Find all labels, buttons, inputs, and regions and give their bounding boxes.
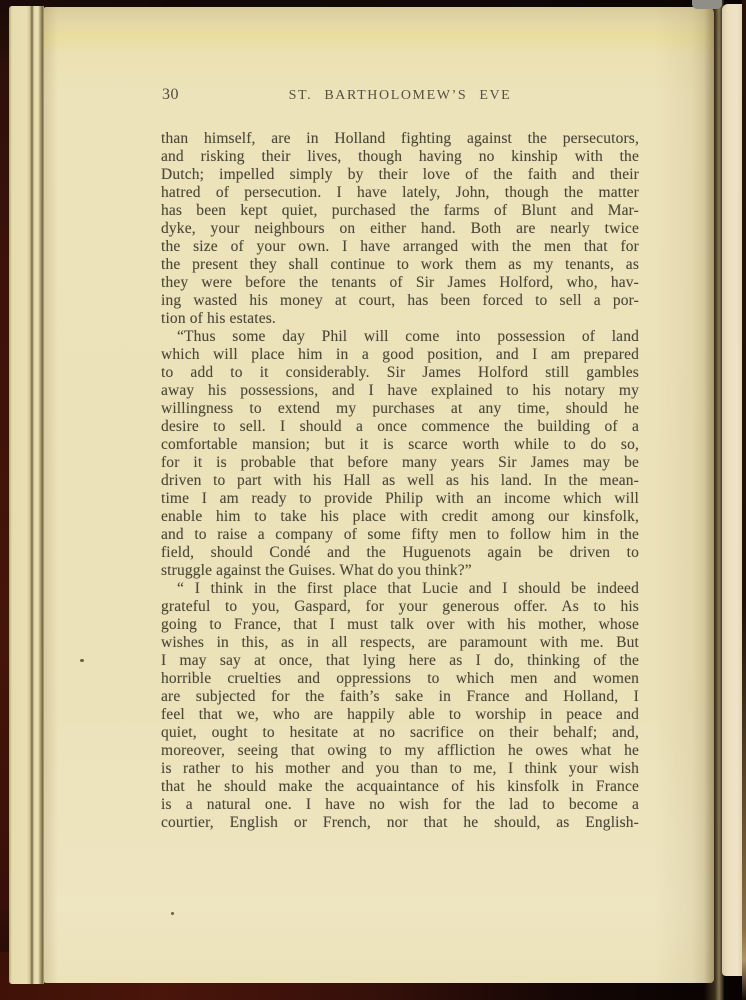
- text-line: ing wasted his money at court, has been …: [161, 292, 639, 310]
- text-line: going to France, that I must talk over w…: [161, 616, 639, 634]
- paragraph: than himself, are in Holland fighting ag…: [161, 130, 639, 328]
- text-line: than himself, are in Holland fighting ag…: [161, 130, 639, 148]
- facing-page-sliver: [722, 4, 742, 976]
- text-line: driven to part with his Hall as well as …: [161, 472, 639, 490]
- right-edge-line: [742, 0, 746, 1000]
- text-line: and to raise a company of some fifty men…: [161, 526, 639, 544]
- text-line: dyke, your neighbours on either hand. Bo…: [161, 220, 639, 238]
- text-line: struggle against the Guises. What do you…: [161, 562, 639, 580]
- text-line: courtier, English or French, nor that he…: [161, 814, 639, 832]
- book-page: 30 ST. BARTHOLOMEW’S EVE than himself, a…: [44, 7, 714, 983]
- text-line: time I am ready to provide Philip with a…: [161, 490, 639, 508]
- text-line: hatred of persecution. I have lately, Jo…: [161, 184, 639, 202]
- paper-speck: [80, 659, 84, 662]
- text-line: grateful to you, Gaspard, for your gener…: [161, 598, 639, 616]
- text-block: than himself, are in Holland fighting ag…: [161, 130, 639, 832]
- text-line: tion of his estates.: [161, 310, 639, 328]
- text-line: is a natural one. I have no wish for the…: [161, 796, 639, 814]
- text-line: Dutch; impelled simply by their love of …: [161, 166, 639, 184]
- text-line: the present they shall continue to work …: [161, 256, 639, 274]
- page-edge-stack: [9, 6, 44, 984]
- text-line: moreover, seeing that owing to my afflic…: [161, 742, 639, 760]
- text-line: they were before the tenants of Sir Jame…: [161, 274, 639, 292]
- text-line: for it is probable that before many year…: [161, 454, 639, 472]
- text-line: wishes in this, as in all respects, are …: [161, 634, 639, 652]
- text-line: field, should Condé and the Huguenots ag…: [161, 544, 639, 562]
- text-line: “ I think in the first place that Lucie …: [161, 580, 639, 598]
- top-right-sliver: [692, 0, 722, 9]
- text-line: the size of your own. I have arranged wi…: [161, 238, 639, 256]
- paragraph: “Thus some day Phil will come into posse…: [161, 328, 639, 580]
- text-line: willingness to extend my purchases at an…: [161, 400, 639, 418]
- text-line: are subjected for the faith’s sake in Fr…: [161, 688, 639, 706]
- text-line: enable him to take his place with credit…: [161, 508, 639, 526]
- text-line: desire to sell. I should a once commence…: [161, 418, 639, 436]
- text-line: has been kept quiet, purchased the farms…: [161, 202, 639, 220]
- text-line: to add to it considerably. Sir James Hol…: [161, 364, 639, 382]
- text-line: which will place him in a good position,…: [161, 346, 639, 364]
- paper-speck: [171, 912, 174, 915]
- paragraph: “ I think in the first place that Lucie …: [161, 580, 639, 832]
- text-line: that he should make the acquaintance of …: [161, 778, 639, 796]
- text-line: comfortable mansion; but it is scarce wo…: [161, 436, 639, 454]
- book-page-photo: 30 ST. BARTHOLOMEW’S EVE than himself, a…: [0, 0, 746, 1000]
- text-line: horrible cruelties and oppressions to wh…: [161, 670, 639, 688]
- running-header: ST. BARTHOLOMEW’S EVE: [161, 86, 639, 104]
- text-line: feel that we, who are happily able to wo…: [161, 706, 639, 724]
- text-line: quiet, ought to hesitate at no sacrifice…: [161, 724, 639, 742]
- text-line: “Thus some day Phil will come into posse…: [161, 328, 639, 346]
- text-line: is rather to his mother and you than to …: [161, 760, 639, 778]
- page-header: 30 ST. BARTHOLOMEW’S EVE: [161, 86, 639, 106]
- text-line: away his possessions, and I have explain…: [161, 382, 639, 400]
- text-line: and risking their lives, though having n…: [161, 148, 639, 166]
- paper-speck: [370, 265, 373, 268]
- text-line: I may say at once, that lying here as I …: [161, 652, 639, 670]
- page-number: 30: [162, 86, 179, 104]
- gutter-shadow: [704, 0, 724, 1000]
